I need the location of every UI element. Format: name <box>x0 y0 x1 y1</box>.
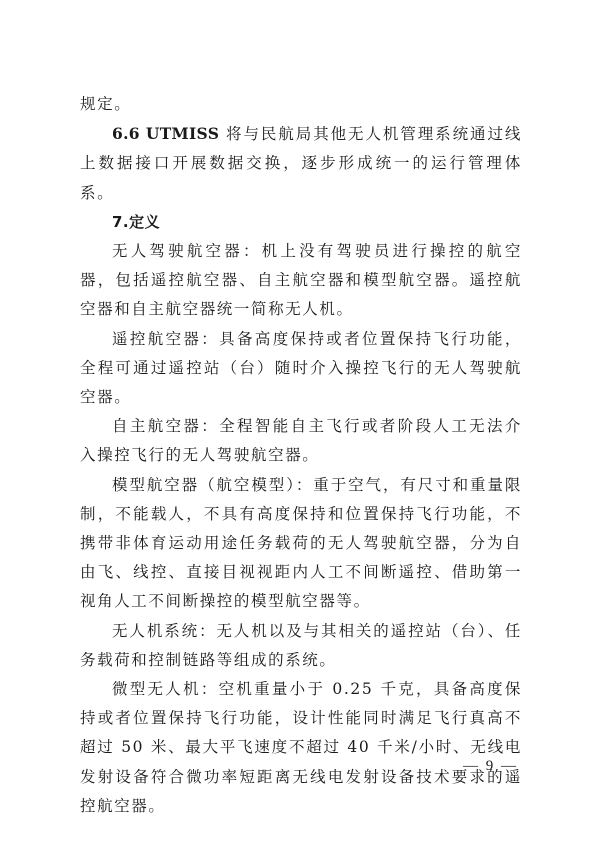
page-number: — 9 — <box>463 758 518 775</box>
document-page: 规定。 6.6 UTMISS 将与民航局其他无人机管理系统通过线上数据接口开展数… <box>80 90 522 821</box>
definition-uas: 无人机系统：无人机以及与其相关的遥控站（台）、任务载荷和控制链路等组成的系统。 <box>80 617 522 675</box>
definition-micro-uav: 微型无人机：空机重量小于 0.25 千克，具备高度保持或者位置保持飞行功能，设计… <box>80 675 522 821</box>
definition-model-aircraft: 模型航空器（航空模型）：重于空气，有尺寸和重量限制，不能载人，不具有高度保持和位… <box>80 471 522 617</box>
section-heading-definitions: 7.定义 <box>80 208 522 237</box>
paragraph-continuation: 规定。 <box>80 90 522 119</box>
definition-autonomous-aircraft: 自主航空器：全程智能自主飞行或者阶段人工无法介入操控飞行的无人驾驶航空器。 <box>80 412 522 470</box>
definition-remote-piloted-aircraft: 遥控航空器：具备高度保持或者位置保持飞行功能，全程可通过遥控站（台）随时介入操控… <box>80 325 522 413</box>
section-number-6-6: 6.6 UTMISS <box>112 124 219 143</box>
definition-unmanned-aircraft: 无人驾驶航空器：机上没有驾驶员进行操控的航空器，包括遥控航空器、自主航空器和模型… <box>80 237 522 325</box>
paragraph-6-6: 6.6 UTMISS 将与民航局其他无人机管理系统通过线上数据接口开展数据交换，… <box>80 119 522 208</box>
